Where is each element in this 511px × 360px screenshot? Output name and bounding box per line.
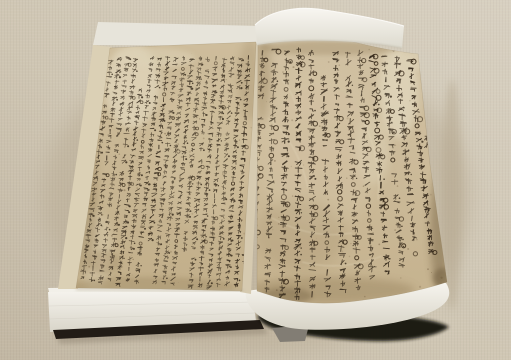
emphasis-dot	[383, 178, 385, 180]
emphasis-dot	[314, 110, 316, 112]
foxing-speckle	[376, 104, 377, 105]
foxing-speckle	[164, 133, 166, 135]
emphasis-dot	[239, 280, 241, 282]
emphasis-dot	[160, 243, 162, 245]
foxing-speckle	[272, 229, 273, 230]
photo-stage	[0, 0, 511, 360]
foxing-speckle	[419, 286, 421, 288]
foxing-speckle	[102, 226, 104, 228]
foxing-speckle	[88, 266, 90, 268]
emphasis-dot	[168, 252, 170, 254]
emphasis-dot	[356, 178, 357, 179]
foxing-speckle	[161, 226, 162, 227]
foxing-speckle	[293, 66, 295, 68]
foxing-speckle	[101, 214, 103, 216]
foxing-speckle	[239, 140, 240, 141]
foxing-speckle	[203, 138, 205, 140]
emphasis-dot	[196, 238, 198, 240]
emphasis-dot	[393, 131, 395, 133]
emphasis-dot	[185, 158, 187, 160]
foxing-speckle	[407, 248, 409, 250]
emphasis-dot	[154, 222, 156, 224]
emphasis-dot	[116, 99, 118, 101]
emphasis-dot	[241, 237, 243, 239]
foxing-speckle	[266, 233, 267, 234]
foxing-speckle	[115, 158, 116, 159]
emphasis-dot	[216, 92, 218, 94]
emphasis-dot	[173, 112, 175, 114]
emphasis-dot	[399, 197, 401, 199]
emphasis-dot	[140, 265, 141, 266]
emphasis-dot	[184, 74, 186, 76]
foxing-speckle	[295, 112, 297, 114]
emphasis-dot	[166, 278, 168, 280]
emphasis-dot	[218, 185, 219, 186]
emphasis-dot	[301, 247, 302, 248]
emphasis-dot	[129, 205, 131, 207]
emphasis-dot	[228, 155, 230, 157]
foxing-speckle	[350, 243, 351, 244]
foxing-speckle	[177, 143, 179, 145]
emphasis-dot	[421, 141, 423, 143]
emphasis-dot	[401, 226, 403, 228]
foxing-speckle	[222, 79, 224, 81]
foxing-speckle	[241, 219, 243, 221]
foxing-speckle	[251, 127, 252, 128]
emphasis-dot	[127, 221, 129, 223]
foxing-speckle	[137, 160, 138, 161]
foxing-speckle	[276, 289, 278, 291]
foxing-speckle	[177, 99, 178, 100]
foxing-speckle	[150, 231, 152, 233]
foxing-speckle	[261, 67, 262, 68]
emphasis-dot	[314, 178, 316, 180]
emphasis-dot	[378, 104, 380, 106]
emphasis-dot	[189, 216, 191, 218]
emphasis-dot	[152, 239, 154, 241]
foxing-speckle	[198, 201, 200, 203]
foxing-speckle	[154, 116, 155, 117]
foxing-speckle	[319, 125, 321, 127]
foxing-speckle	[387, 108, 389, 110]
emphasis-dot	[301, 212, 302, 213]
emphasis-dot	[389, 258, 391, 260]
foxing-speckle	[111, 235, 113, 237]
emphasis-dot	[111, 74, 113, 76]
emphasis-dot	[127, 145, 129, 147]
foxing-speckle	[385, 209, 387, 211]
emphasis-dot	[172, 214, 174, 216]
foxing-speckle	[353, 240, 355, 242]
emphasis-dot	[240, 87, 242, 89]
emphasis-dot	[119, 76, 121, 78]
foxing-speckle	[338, 203, 339, 204]
emphasis-dot	[300, 254, 302, 256]
foxing-speckle	[291, 166, 292, 167]
emphasis-dot	[134, 243, 136, 245]
emphasis-dot	[192, 83, 194, 85]
emphasis-dot	[125, 237, 127, 239]
emphasis-dot	[170, 145, 172, 147]
foxing-speckle	[151, 195, 153, 197]
foxing-speckle	[295, 211, 296, 212]
emphasis-dot	[137, 139, 139, 141]
emphasis-dot	[162, 142, 164, 144]
emphasis-dot	[209, 189, 211, 191]
emphasis-dot	[288, 133, 290, 135]
foxing-speckle	[296, 137, 297, 138]
emphasis-dot	[140, 185, 142, 187]
emphasis-dot	[223, 107, 225, 109]
emphasis-dot	[192, 183, 193, 184]
foxing-speckle	[329, 221, 330, 222]
emphasis-dot	[242, 59, 244, 61]
emphasis-dot	[118, 224, 120, 226]
foxing-speckle	[303, 164, 304, 165]
emphasis-dot	[133, 248, 135, 250]
emphasis-dot	[195, 259, 197, 261]
foxing-speckle	[354, 132, 355, 133]
foxing-speckle	[83, 260, 85, 262]
foxing-speckle	[298, 246, 300, 248]
foxing-speckle	[132, 168, 133, 169]
emphasis-dot	[231, 255, 233, 257]
foxing-speckle	[407, 212, 409, 214]
emphasis-dot	[101, 152, 103, 154]
emphasis-dot	[163, 120, 165, 122]
foxing-speckle	[272, 96, 274, 98]
emphasis-dot	[205, 236, 206, 237]
foxing-speckle	[429, 180, 430, 181]
emphasis-dot	[277, 80, 279, 82]
foxing-speckle	[339, 64, 341, 66]
foxing-speckle	[170, 251, 172, 253]
emphasis-dot	[141, 96, 143, 98]
foxing-speckle	[381, 56, 382, 57]
foxing-speckle	[394, 229, 396, 231]
foxing-speckle	[292, 195, 293, 196]
foxing-speckle	[353, 245, 354, 246]
foxing-speckle	[131, 255, 132, 256]
emphasis-dot	[230, 266, 232, 268]
foxing-speckle	[179, 93, 180, 94]
emphasis-dot	[222, 118, 224, 120]
foxing-speckle	[328, 61, 330, 63]
foxing-speckle	[177, 242, 179, 244]
emphasis-dot	[241, 82, 243, 84]
foxing-speckle	[400, 277, 401, 278]
emphasis-dot	[123, 258, 124, 259]
emphasis-dot	[345, 263, 347, 265]
foxing-speckle	[124, 189, 126, 191]
foxing-speckle	[390, 110, 392, 112]
foxing-speckle	[274, 160, 276, 162]
foxing-speckle	[218, 165, 220, 167]
top-white-backing-sheet	[93, 22, 258, 46]
foxing-speckle	[164, 269, 165, 270]
foxing-speckle	[154, 100, 156, 102]
foxing-speckle	[416, 239, 417, 240]
emphasis-dot	[191, 88, 193, 90]
foxing-speckle	[431, 272, 432, 273]
foxing-speckle	[126, 207, 127, 208]
foxing-speckle	[278, 223, 280, 225]
emphasis-dot	[234, 200, 236, 202]
emphasis-dot	[120, 71, 121, 72]
foxing-speckle	[311, 178, 312, 179]
foxing-speckle	[148, 197, 149, 198]
foxing-speckle	[364, 296, 366, 298]
foxing-speckle	[427, 268, 429, 270]
emphasis-dot	[109, 229, 111, 231]
foxing-speckle	[270, 149, 271, 150]
emphasis-dot	[211, 282, 213, 284]
foxing-speckle	[157, 167, 158, 168]
emphasis-dot	[148, 183, 150, 185]
foxing-speckle	[278, 217, 279, 218]
foxing-speckle	[267, 200, 269, 202]
foxing-speckle	[184, 247, 186, 249]
emphasis-dot	[129, 58, 131, 60]
foxing-speckle	[363, 185, 365, 187]
emphasis-dot	[125, 161, 127, 163]
foxing-speckle	[169, 244, 170, 245]
emphasis-dot	[141, 174, 143, 176]
foxing-speckle	[282, 71, 283, 72]
emphasis-dot	[206, 114, 208, 116]
foxing-speckle	[178, 282, 179, 283]
foxing-speckle	[316, 238, 317, 239]
emphasis-dot	[352, 85, 353, 86]
foxing-speckle	[266, 101, 267, 102]
foxing-speckle	[314, 206, 316, 208]
foxing-speckle	[323, 219, 324, 220]
emphasis-dot	[221, 140, 222, 141]
emphasis-dot	[144, 228, 146, 230]
foxing-speckle	[153, 221, 154, 222]
foxing-speckle	[189, 151, 191, 153]
foxing-speckle	[249, 61, 250, 62]
foxing-speckle	[119, 153, 121, 155]
emphasis-dot	[403, 246, 404, 247]
foxing-speckle	[133, 143, 135, 145]
foxing-speckle	[368, 49, 370, 51]
manuscript-photograph	[0, 0, 511, 360]
emphasis-dot	[231, 112, 233, 114]
foxing-speckle	[241, 177, 242, 178]
emphasis-dot	[287, 204, 289, 206]
foxing-speckle	[132, 275, 133, 276]
emphasis-dot	[128, 211, 130, 213]
foxing-speckle	[341, 161, 342, 162]
foxing-speckle	[179, 176, 181, 178]
emphasis-dot	[201, 64, 203, 66]
emphasis-dot	[200, 184, 202, 186]
emphasis-dot	[215, 107, 217, 109]
foxing-speckle	[378, 244, 380, 246]
foxing-speckle	[395, 145, 396, 146]
foxing-speckle	[178, 220, 179, 221]
emphasis-dot	[154, 129, 156, 131]
foxing-speckle	[341, 251, 343, 253]
foxing-speckle	[199, 118, 200, 119]
foxing-speckle	[185, 232, 187, 234]
emphasis-dot	[115, 174, 117, 176]
foxing-speckle	[411, 86, 413, 88]
emphasis-dot	[223, 238, 225, 240]
foxing-speckle	[397, 185, 399, 187]
foxing-speckle	[122, 77, 123, 78]
emphasis-dot	[200, 79, 201, 80]
emphasis-dot	[190, 210, 192, 212]
emphasis-dot	[203, 149, 205, 151]
foxing-speckle	[291, 119, 293, 121]
foxing-speckle	[167, 88, 168, 89]
foxing-speckle	[141, 151, 143, 153]
emphasis-dot	[276, 108, 278, 110]
foxing-speckle	[284, 188, 285, 189]
foxing-speckle	[222, 173, 224, 175]
emphasis-dot	[225, 198, 227, 200]
emphasis-dot	[187, 142, 189, 144]
foxing-speckle	[215, 136, 217, 138]
foxing-speckle	[283, 185, 284, 186]
emphasis-dot	[232, 240, 234, 242]
foxing-speckle	[133, 259, 134, 260]
foxing-speckle	[243, 233, 245, 235]
foxing-speckle	[269, 237, 271, 239]
foxing-speckle	[430, 194, 432, 196]
foxing-speckle	[385, 205, 386, 206]
foxing-speckle	[132, 135, 133, 136]
emphasis-dot	[149, 102, 151, 104]
emphasis-dot	[390, 96, 392, 98]
foxing-speckle	[202, 109, 203, 110]
foxing-speckle	[216, 145, 217, 146]
foxing-speckle	[349, 256, 351, 258]
emphasis-dot	[240, 99, 242, 101]
emphasis-dot	[159, 87, 161, 89]
foxing-speckle	[191, 213, 193, 215]
emphasis-dot	[93, 215, 95, 217]
emphasis-dot	[288, 141, 290, 143]
foxing-speckle	[137, 187, 138, 188]
foxing-speckle	[234, 145, 236, 147]
foxing-speckle	[441, 277, 443, 279]
emphasis-dot	[411, 174, 412, 175]
emphasis-dot	[223, 113, 225, 115]
foxing-speckle	[346, 178, 347, 179]
foxing-speckle	[327, 199, 329, 201]
emphasis-dot	[94, 280, 96, 282]
foxing-speckle	[192, 53, 193, 54]
foxing-speckle	[285, 54, 287, 56]
foxing-speckle	[226, 79, 227, 80]
emphasis-dot	[148, 189, 149, 190]
emphasis-dot	[402, 239, 404, 241]
foxing-speckle	[347, 117, 349, 119]
emphasis-dot	[237, 146, 239, 148]
foxing-speckle	[384, 55, 386, 57]
foxing-speckle	[409, 100, 410, 101]
emphasis-dot	[207, 215, 209, 217]
emphasis-dot	[136, 70, 138, 72]
emphasis-dot	[287, 155, 289, 157]
